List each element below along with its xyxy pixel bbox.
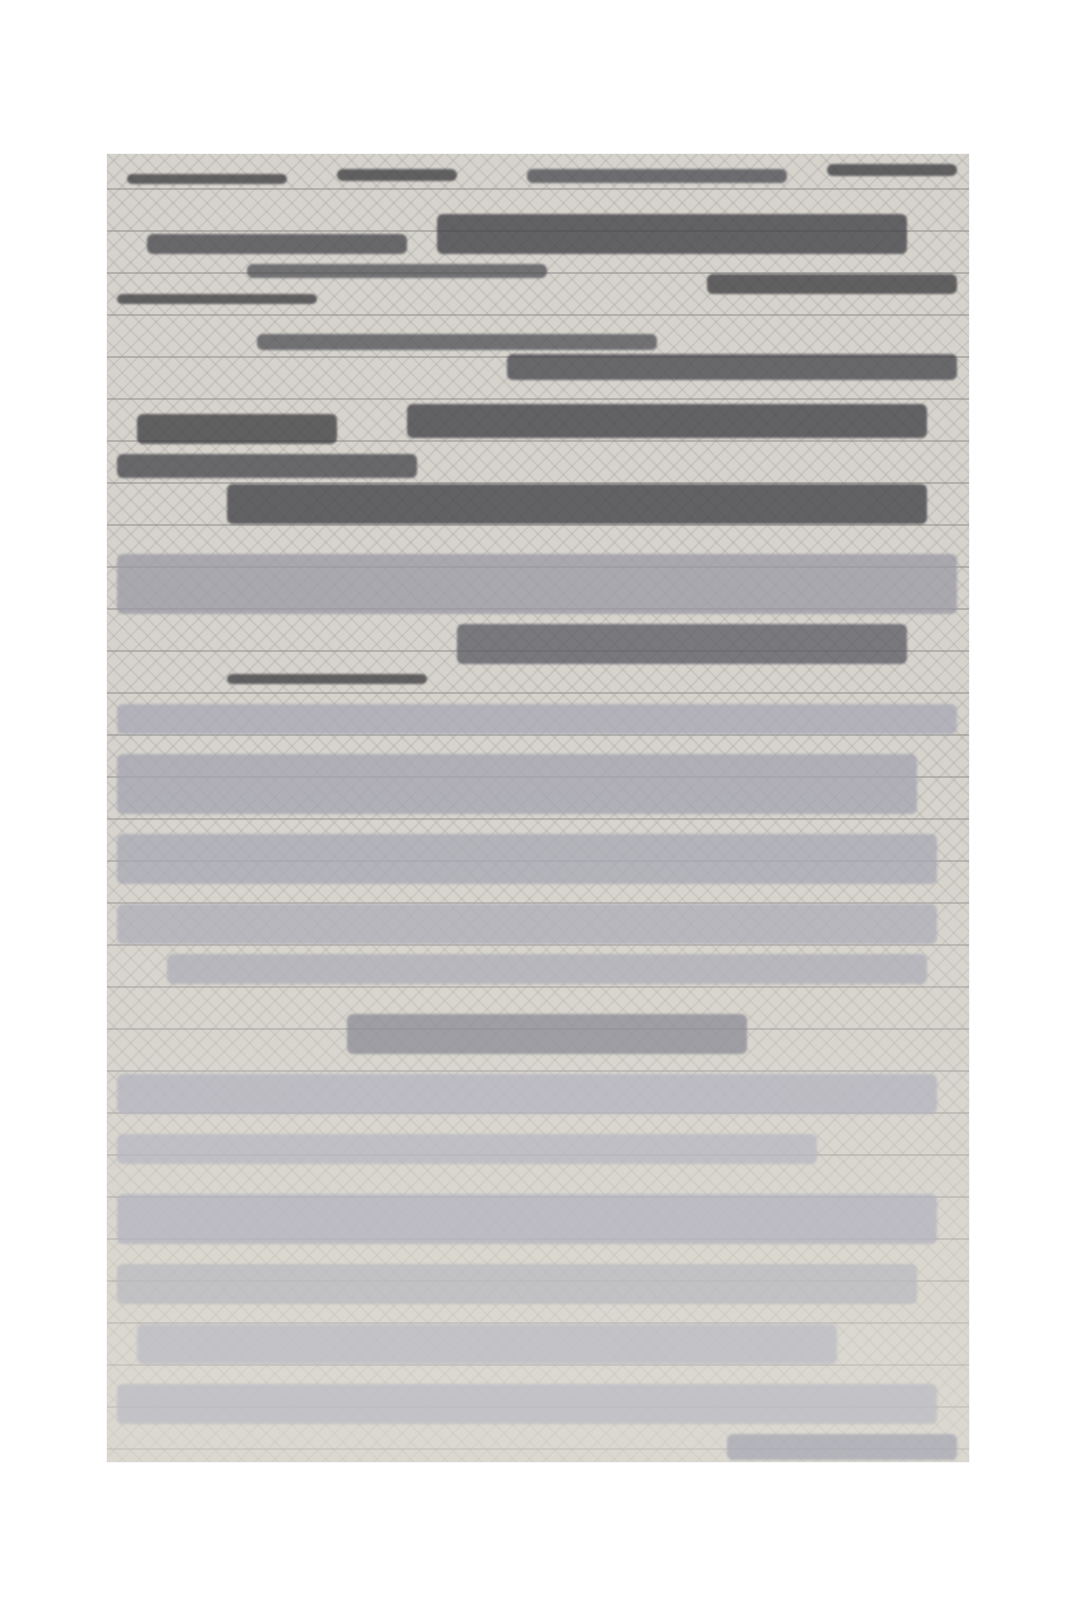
rug-streak [127, 174, 287, 184]
rug-streak [257, 334, 657, 350]
rug-streak [117, 1384, 937, 1424]
rug-streak [407, 404, 927, 438]
rug-streak [527, 169, 787, 183]
rug-streak [147, 234, 407, 254]
rug-streak [137, 1324, 837, 1364]
rug-streak [117, 294, 317, 304]
rug-streak [167, 954, 927, 984]
rug-streak [117, 1074, 937, 1114]
rug-streak [727, 1434, 957, 1460]
rug-streak [227, 484, 927, 524]
rug-streak [117, 1264, 917, 1304]
rug-streak [117, 1134, 817, 1164]
rug-streak [117, 554, 957, 614]
rug-streak [247, 264, 547, 278]
rug-streak [437, 214, 907, 254]
rug-streak [117, 454, 417, 478]
rug-streak [117, 1194, 937, 1244]
rug-streak [507, 354, 957, 380]
rug-streak [117, 704, 957, 734]
rug-streak [117, 754, 917, 814]
rug-streak [347, 1014, 747, 1054]
rug-streak [227, 674, 427, 684]
rug-streak [337, 169, 457, 181]
rug-streak [117, 834, 937, 884]
rug-image [107, 154, 969, 1462]
rug-streak [137, 414, 337, 444]
rug-streak [457, 624, 907, 664]
rug-streak [707, 274, 957, 294]
rug-streak [117, 904, 937, 944]
rug-streak [827, 164, 957, 176]
